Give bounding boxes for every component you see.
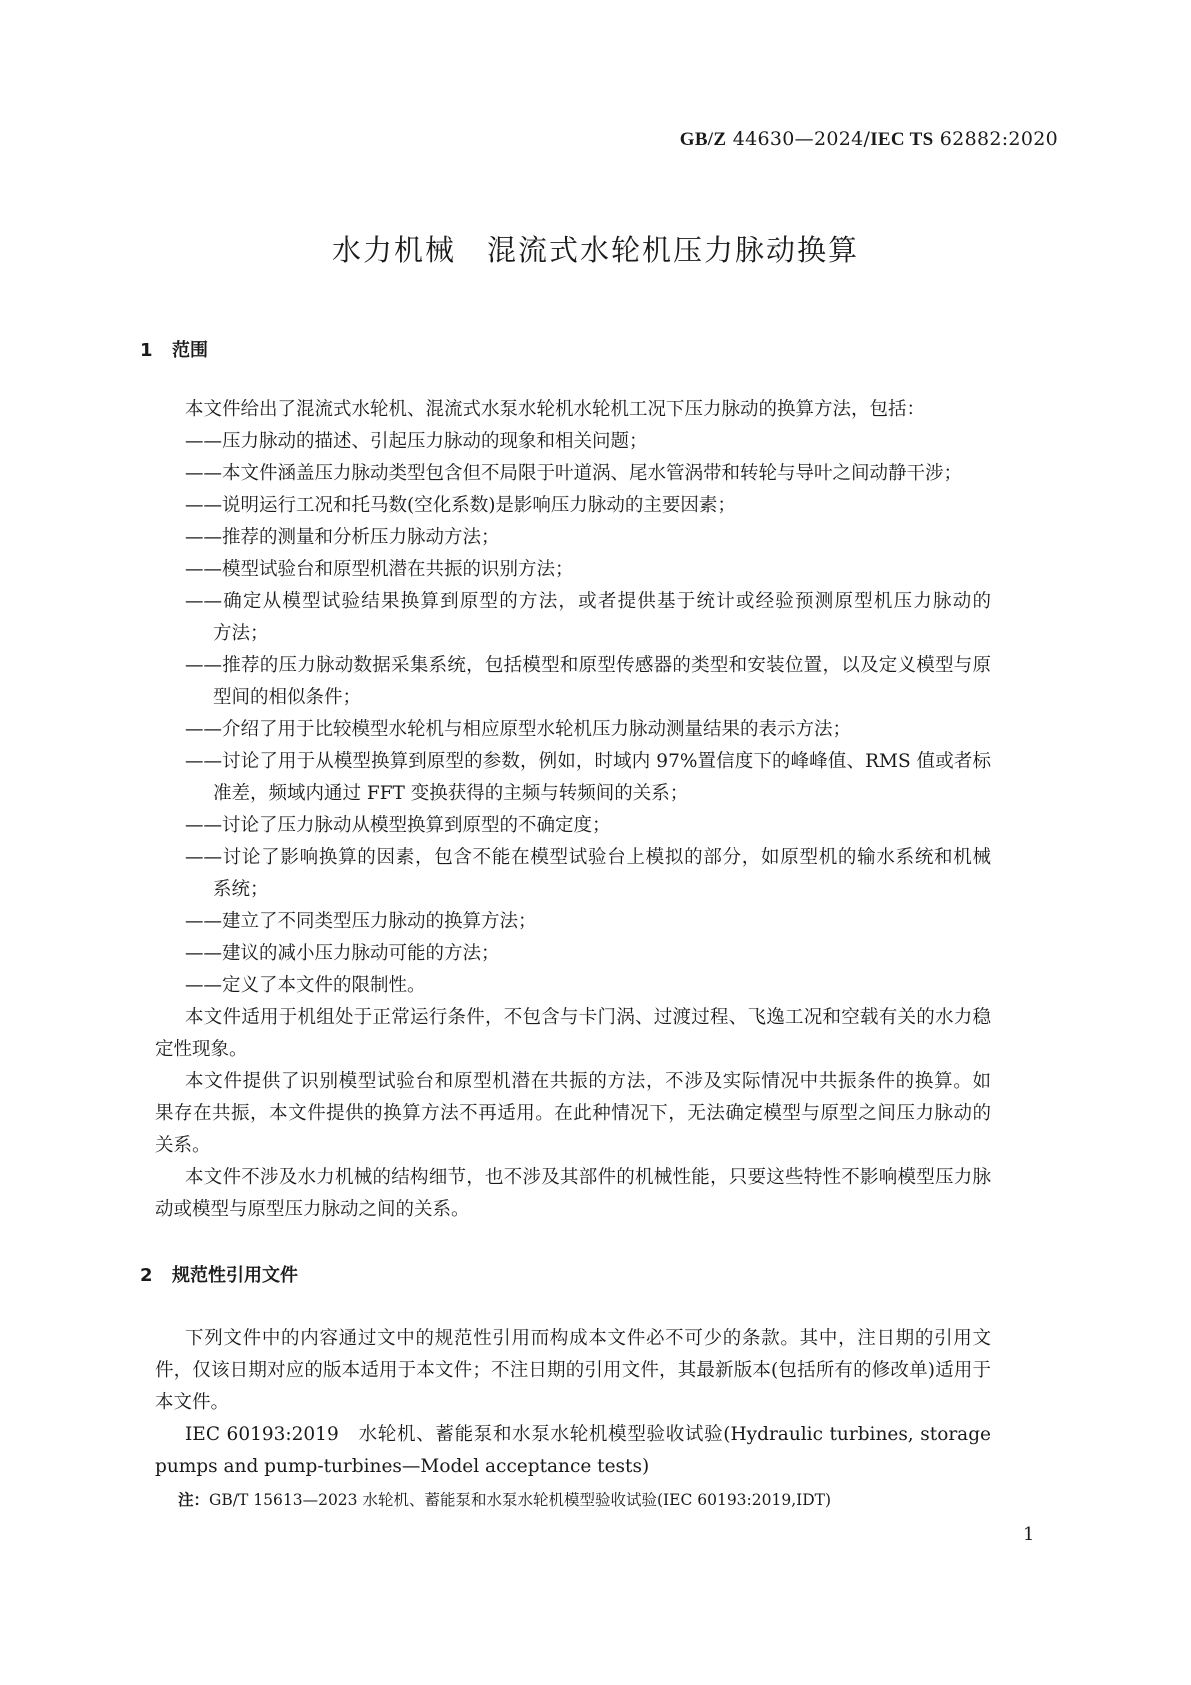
paragraph-line: 动或模型与原型压力脉动之间的关系。 (155, 1198, 470, 1222)
list-item: ——压力脉动的描述、引起压力脉动的现象和相关问题； (185, 430, 648, 454)
scope-intro: 本文件给出了混流式水轮机、混流式水泵水轮机水轮机工况下压力脉动的换算方法，包括： (185, 398, 925, 422)
paragraph-line: 本文件适用于机组处于正常运行条件，不包含与卡门涡、过渡过程、飞逸工况和空载有关的… (185, 1006, 991, 1030)
list-item: ——讨论了压力脉动从模型换算到原型的不确定度； (185, 814, 611, 838)
section-title: 规范性引用文件 (172, 1265, 298, 1286)
list-item: ——本文件涵盖压力脉动类型包含但不局限于叶道涡、尾水管涡带和转轮与导叶之间动静干… (185, 462, 962, 486)
page-number: 1 (1023, 1524, 1034, 1545)
paragraph-line: 定性现象。 (155, 1038, 248, 1062)
doc-id-iec: IEC TS (870, 129, 933, 150)
list-item: ——说明运行工况和托马数(空化系数)是影响压力脉动的主要因素； (185, 494, 736, 518)
list-item-continuation: 系统； (213, 878, 269, 902)
paragraph-line: 关系。 (155, 1134, 211, 1158)
section-1-heading: 1范围 (140, 336, 208, 362)
doc-id-number: 44630—2024/ (726, 128, 870, 150)
paragraph-line: 本文件不涉及水力机械的结构细节，也不涉及其部件的机械性能，只要这些特性不影响模型… (185, 1166, 991, 1190)
list-item-continuation: 型间的相似条件； (213, 686, 361, 710)
page-title: 水力机械 混流式水轮机压力脉动换算 (0, 228, 1191, 269)
section-2-heading: 2规范性引用文件 (140, 1261, 298, 1287)
section-title: 范围 (172, 340, 208, 361)
list-item: ——模型试验台和原型机潜在共振的识别方法； (185, 558, 574, 582)
paragraph-line: 本文件提供了识别模型试验台和原型机潜在共振的方法，不涉及实际情况中共振条件的换算… (185, 1070, 991, 1094)
list-item: ——介绍了用于比较模型水轮机与相应原型水轮机压力脉动测量结果的表示方法； (185, 718, 851, 742)
list-item-continuation: 方法； (213, 622, 269, 646)
note-label: 注： (178, 1491, 209, 1509)
document-id: GB/Z 44630—2024/IEC TS 62882:2020 (0, 128, 1058, 151)
list-item: ——推荐的压力脉动数据采集系统，包括模型和原型传感器的类型和安装位置，以及定义模… (185, 654, 991, 678)
section-number: 2 (140, 1265, 172, 1286)
list-item: ——建立了不同类型压力脉动的换算方法； (185, 910, 537, 934)
note-text: GB/T 15613—2023 水轮机、蓄能泵和水泵水轮机模型验收试验(IEC … (209, 1491, 831, 1509)
normative-reference: IEC 60193:2019 水轮机、蓄能泵和水泵水轮机模型验收试验(Hydra… (185, 1423, 991, 1447)
paragraph-line: 本文件。 (155, 1391, 229, 1415)
list-item: ——讨论了用于从模型换算到原型的参数，例如，时域内 97%置信度下的峰峰值、RM… (185, 750, 991, 774)
normative-reference-continuation: pumps and pump-turbines—Model acceptance… (155, 1455, 649, 1479)
list-item: ——推荐的测量和分析压力脉动方法； (185, 526, 500, 550)
paragraph-line: 果存在共振，本文件提供的换算方法不再适用。在此种情况下，无法确定模型与原型之间压… (155, 1102, 991, 1126)
list-item: ——确定从模型试验结果换算到原型的方法，或者提供基于统计或经验预测原型机压力脉动… (185, 590, 991, 614)
doc-id-prefix: GB/Z (680, 129, 727, 150)
paragraph-line: 下列文件中的内容通过文中的规范性引用而构成本文件必不可少的条款。其中，注日期的引… (185, 1327, 991, 1351)
list-item: ——定义了本文件的限制性。 (185, 974, 426, 998)
doc-id-iec-number: 62882:2020 (933, 128, 1058, 150)
note: 注：GB/T 15613—2023 水轮机、蓄能泵和水泵水轮机模型验收试验(IE… (178, 1488, 831, 1510)
section-number: 1 (140, 340, 172, 361)
paragraph-line: 件，仅该日期对应的版本适用于本文件；不注日期的引用文件，其最新版本(包括所有的修… (155, 1359, 991, 1383)
list-item-continuation: 准差，频域内通过 FFT 变换获得的主频与转频间的关系； (213, 782, 688, 806)
list-item: ——建议的减小压力脉动可能的方法； (185, 942, 500, 966)
list-item: ——讨论了影响换算的因素，包含不能在模型试验台上模拟的部分，如原型机的输水系统和… (185, 846, 991, 870)
